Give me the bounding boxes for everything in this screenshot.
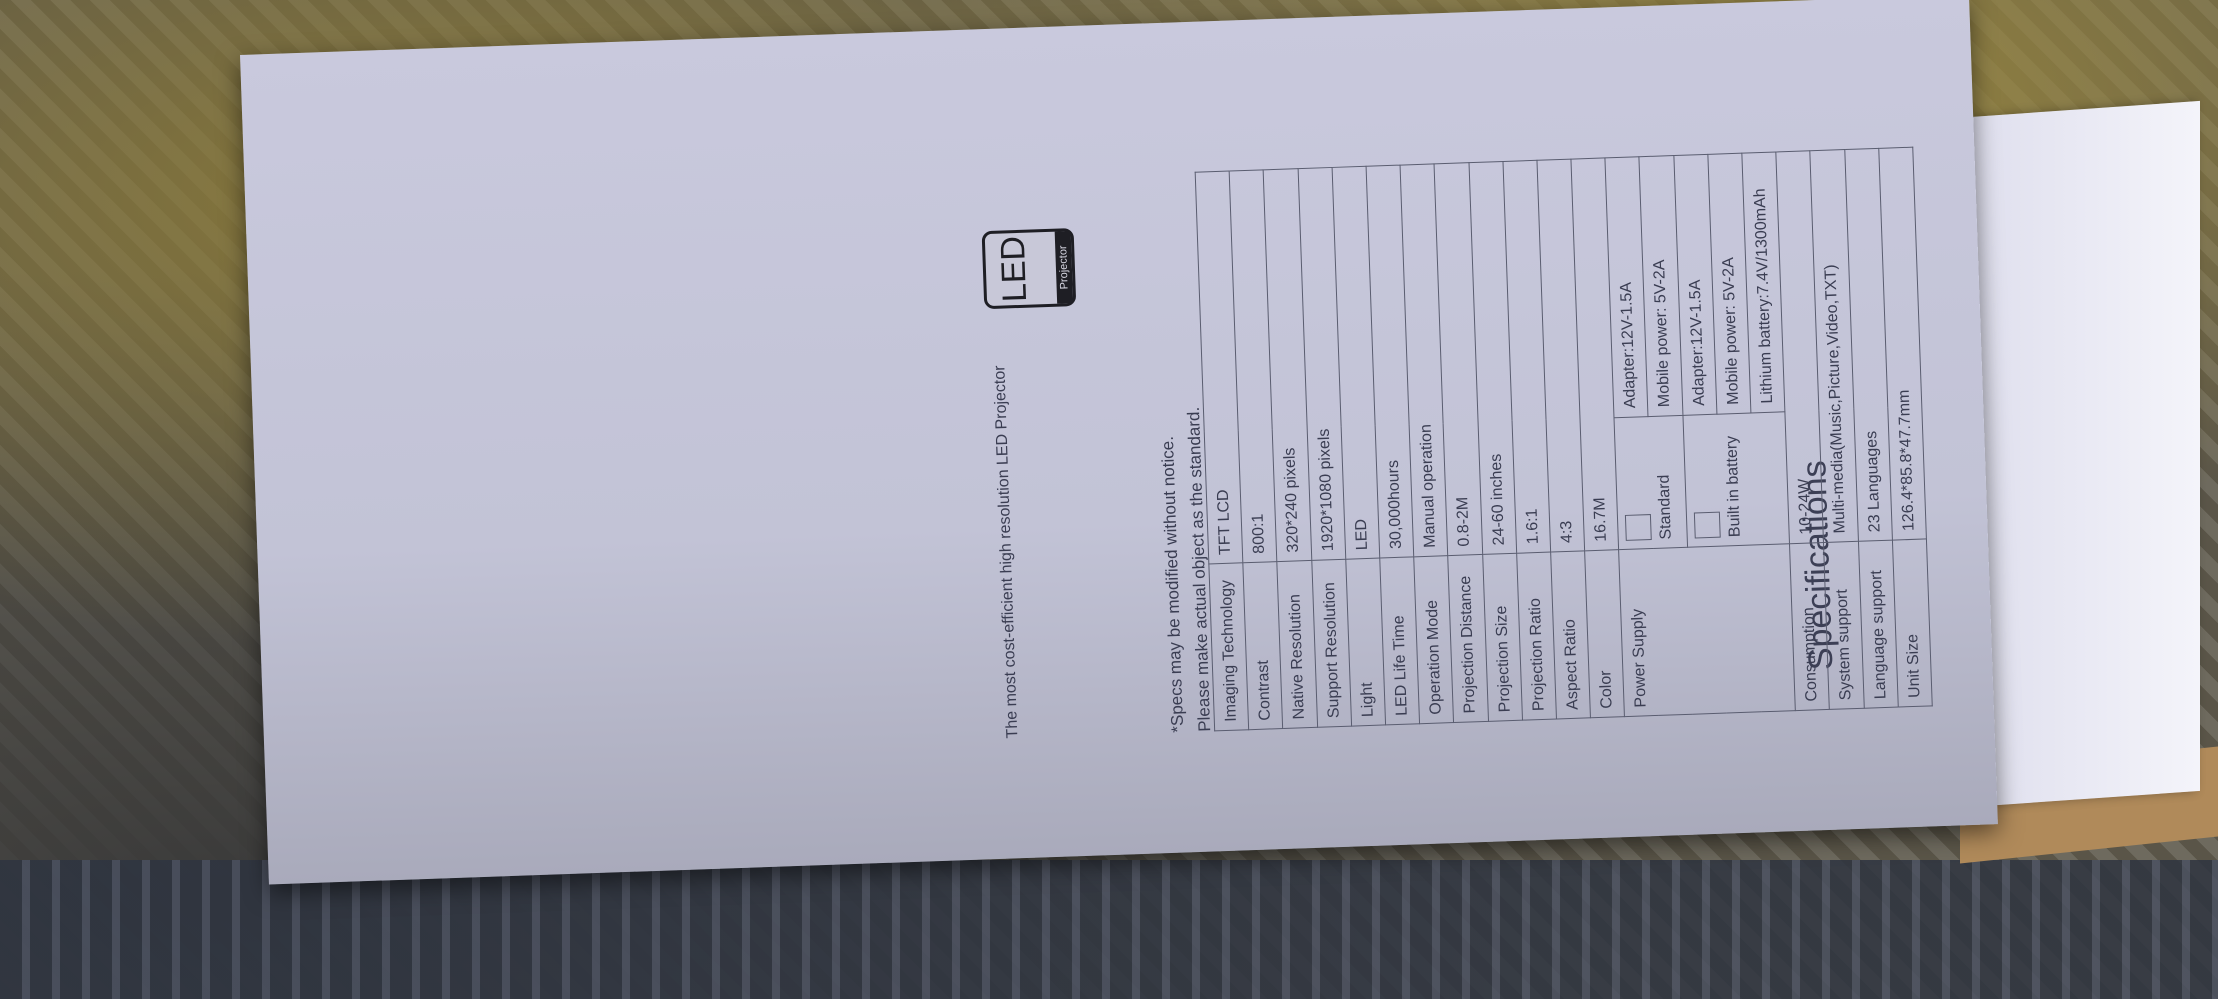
spec-label: Native Resolution (1277, 560, 1317, 728)
spec-table: Imaging TechnologyTFT LCDContrast800:1Na… (1195, 147, 1933, 732)
power-option-standard: Standard (1614, 415, 1687, 550)
spec-label: Projection Size (1482, 553, 1522, 721)
spec-panel: Specifications Imaging TechnologyTFT LCD… (363, 78, 1890, 930)
logo-sub: Projector (1055, 231, 1074, 304)
checkbox-built_in (1693, 512, 1720, 539)
spec-label: Support Resolution (1311, 559, 1351, 727)
spec-label: Color (1585, 550, 1625, 718)
spec-label: Projection Distance (1448, 554, 1488, 722)
spec-label: Aspect Ratio (1551, 551, 1591, 719)
power-option-label: Built in battery (1722, 421, 1745, 537)
spec-label: Light (1346, 558, 1386, 726)
spec-label: Projection Ratio (1516, 552, 1556, 720)
power-supply-label: Power Supply (1619, 544, 1796, 717)
logo-main: LED (985, 232, 1057, 306)
spec-label: Consumption (1790, 543, 1830, 711)
power-option-built_in: Built in battery (1683, 411, 1790, 547)
power-option-label: Standard (1653, 424, 1676, 540)
spec-label: Operation Mode (1414, 556, 1454, 724)
spec-label: Unit Size (1892, 539, 1932, 707)
checkbox-standard (1625, 514, 1652, 541)
tagline: The most cost-efficient high resolution … (991, 365, 1022, 739)
spec-label: System support (1824, 541, 1864, 709)
spec-label: Language support (1858, 540, 1898, 708)
led-projector-logo: LED Projector (982, 228, 1077, 309)
spec-label: LED Life Time (1380, 557, 1420, 725)
spec-label: Contrast (1243, 562, 1283, 730)
disclaimer: *Specs may be modified without notice. P… (1153, 406, 1219, 733)
projector-box: Specifications Imaging TechnologyTFT LCD… (240, 0, 1998, 884)
